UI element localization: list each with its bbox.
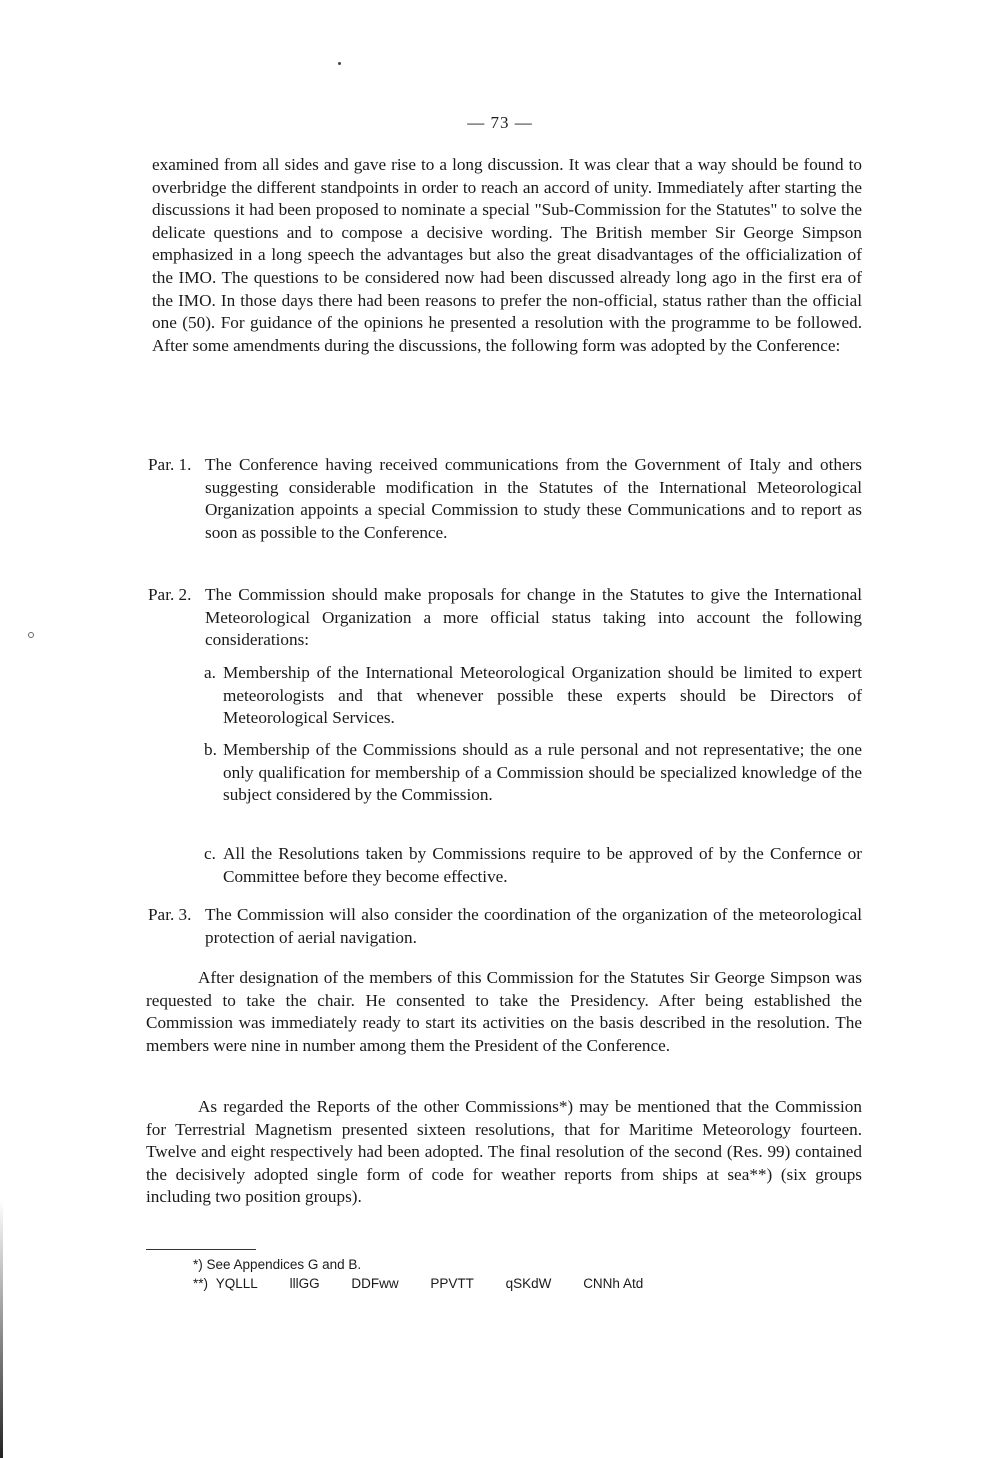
code-group: PPVTT: [430, 1275, 474, 1293]
par-label: Par. 1.: [148, 454, 206, 477]
code-group: qSKdW: [506, 1275, 552, 1293]
item-label: a.: [204, 662, 224, 685]
code-group: lllGG: [290, 1275, 320, 1293]
scan-speck: [28, 632, 34, 638]
code-group: YQLLL: [216, 1275, 258, 1293]
scan-speck: [338, 62, 341, 65]
footnote-2: **) YQLLL lllGG DDFww PPVTT qSKdW CNNh A…: [193, 1275, 643, 1293]
footnote-mark: *): [193, 1257, 203, 1272]
item-text: All the Resolutions taken by Commissions…: [223, 843, 862, 888]
par-label: Par. 3.: [148, 904, 206, 927]
consideration-b: b. Membership of the Commissions should …: [204, 739, 862, 807]
par-label: Par. 2.: [148, 584, 206, 607]
intro-paragraph: examined from all sides and gave rise to…: [152, 154, 862, 357]
footnote-mark: **): [193, 1276, 208, 1291]
consideration-a: a. Membership of the International Meteo…: [204, 662, 862, 730]
scan-edge-shadow: [0, 1200, 3, 1458]
item-text: Membership of the International Meteorol…: [223, 662, 862, 730]
item-label: c.: [204, 843, 224, 866]
footnote-text: See Appendices G and B.: [207, 1257, 362, 1272]
footnote-divider: [146, 1249, 256, 1250]
resolution-par-1: Par. 1. The Conference having received c…: [148, 454, 862, 544]
par-text: The Commission will also consider the co…: [205, 904, 862, 949]
resolution-par-2: Par. 2. The Commission should make propo…: [148, 584, 862, 652]
item-text: Membership of the Commissions should as …: [223, 739, 862, 807]
par-text: The Conference having received communica…: [205, 454, 862, 544]
consideration-c: c. All the Resolutions taken by Commissi…: [204, 843, 862, 888]
item-label: b.: [204, 739, 224, 762]
page-number: — 73 —: [0, 113, 1000, 133]
code-group: CNNh Atd: [583, 1275, 643, 1293]
par-text: The Commission should make proposals for…: [205, 584, 862, 652]
paragraph-other-commissions: As regarded the Reports of the other Com…: [146, 1096, 862, 1209]
code-group: DDFww: [351, 1275, 398, 1293]
document-page: — 73 — examined from all sides and gave …: [0, 0, 1000, 1458]
footnote-1: *) See Appendices G and B.: [193, 1256, 361, 1274]
resolution-par-3: Par. 3. The Commission will also conside…: [148, 904, 862, 949]
paragraph-commission-chair: After designation of the members of this…: [146, 967, 862, 1057]
